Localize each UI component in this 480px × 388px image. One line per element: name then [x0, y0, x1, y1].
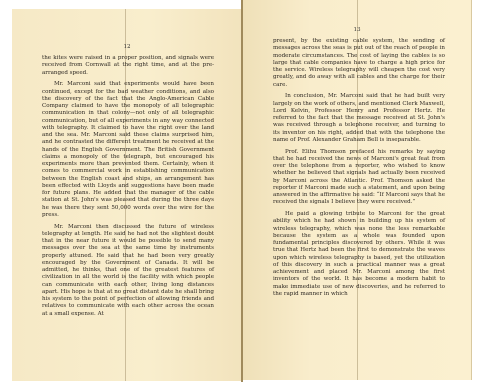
paragraph: Prof. Elihu Thomson prefaced his remarks… — [273, 149, 445, 207]
paragraph: Mr. Marconi then discussed the future of… — [42, 224, 214, 318]
page-number: 13 — [243, 27, 471, 33]
left-page: 12 the kites were raised in a proper pos… — [12, 9, 242, 381]
book-gutter — [241, 0, 243, 382]
paragraph: present, by the existing cable system, t… — [273, 38, 445, 89]
page-body: the kites were raised in a proper positi… — [42, 55, 214, 322]
right-page: 13 present, by the existing cable system… — [243, 0, 472, 380]
paragraph: In conclusion, Mr. Marconi said that he … — [273, 93, 445, 144]
paragraph: Mr. Marconi said that experiments would … — [42, 81, 214, 219]
paragraph: the kites were raised in a proper positi… — [42, 55, 214, 77]
page-body: present, by the existing cable system, t… — [273, 38, 445, 303]
page-number: 12 — [12, 44, 242, 50]
paragraph: He paid a glowing tribute to Marconi for… — [273, 211, 445, 298]
